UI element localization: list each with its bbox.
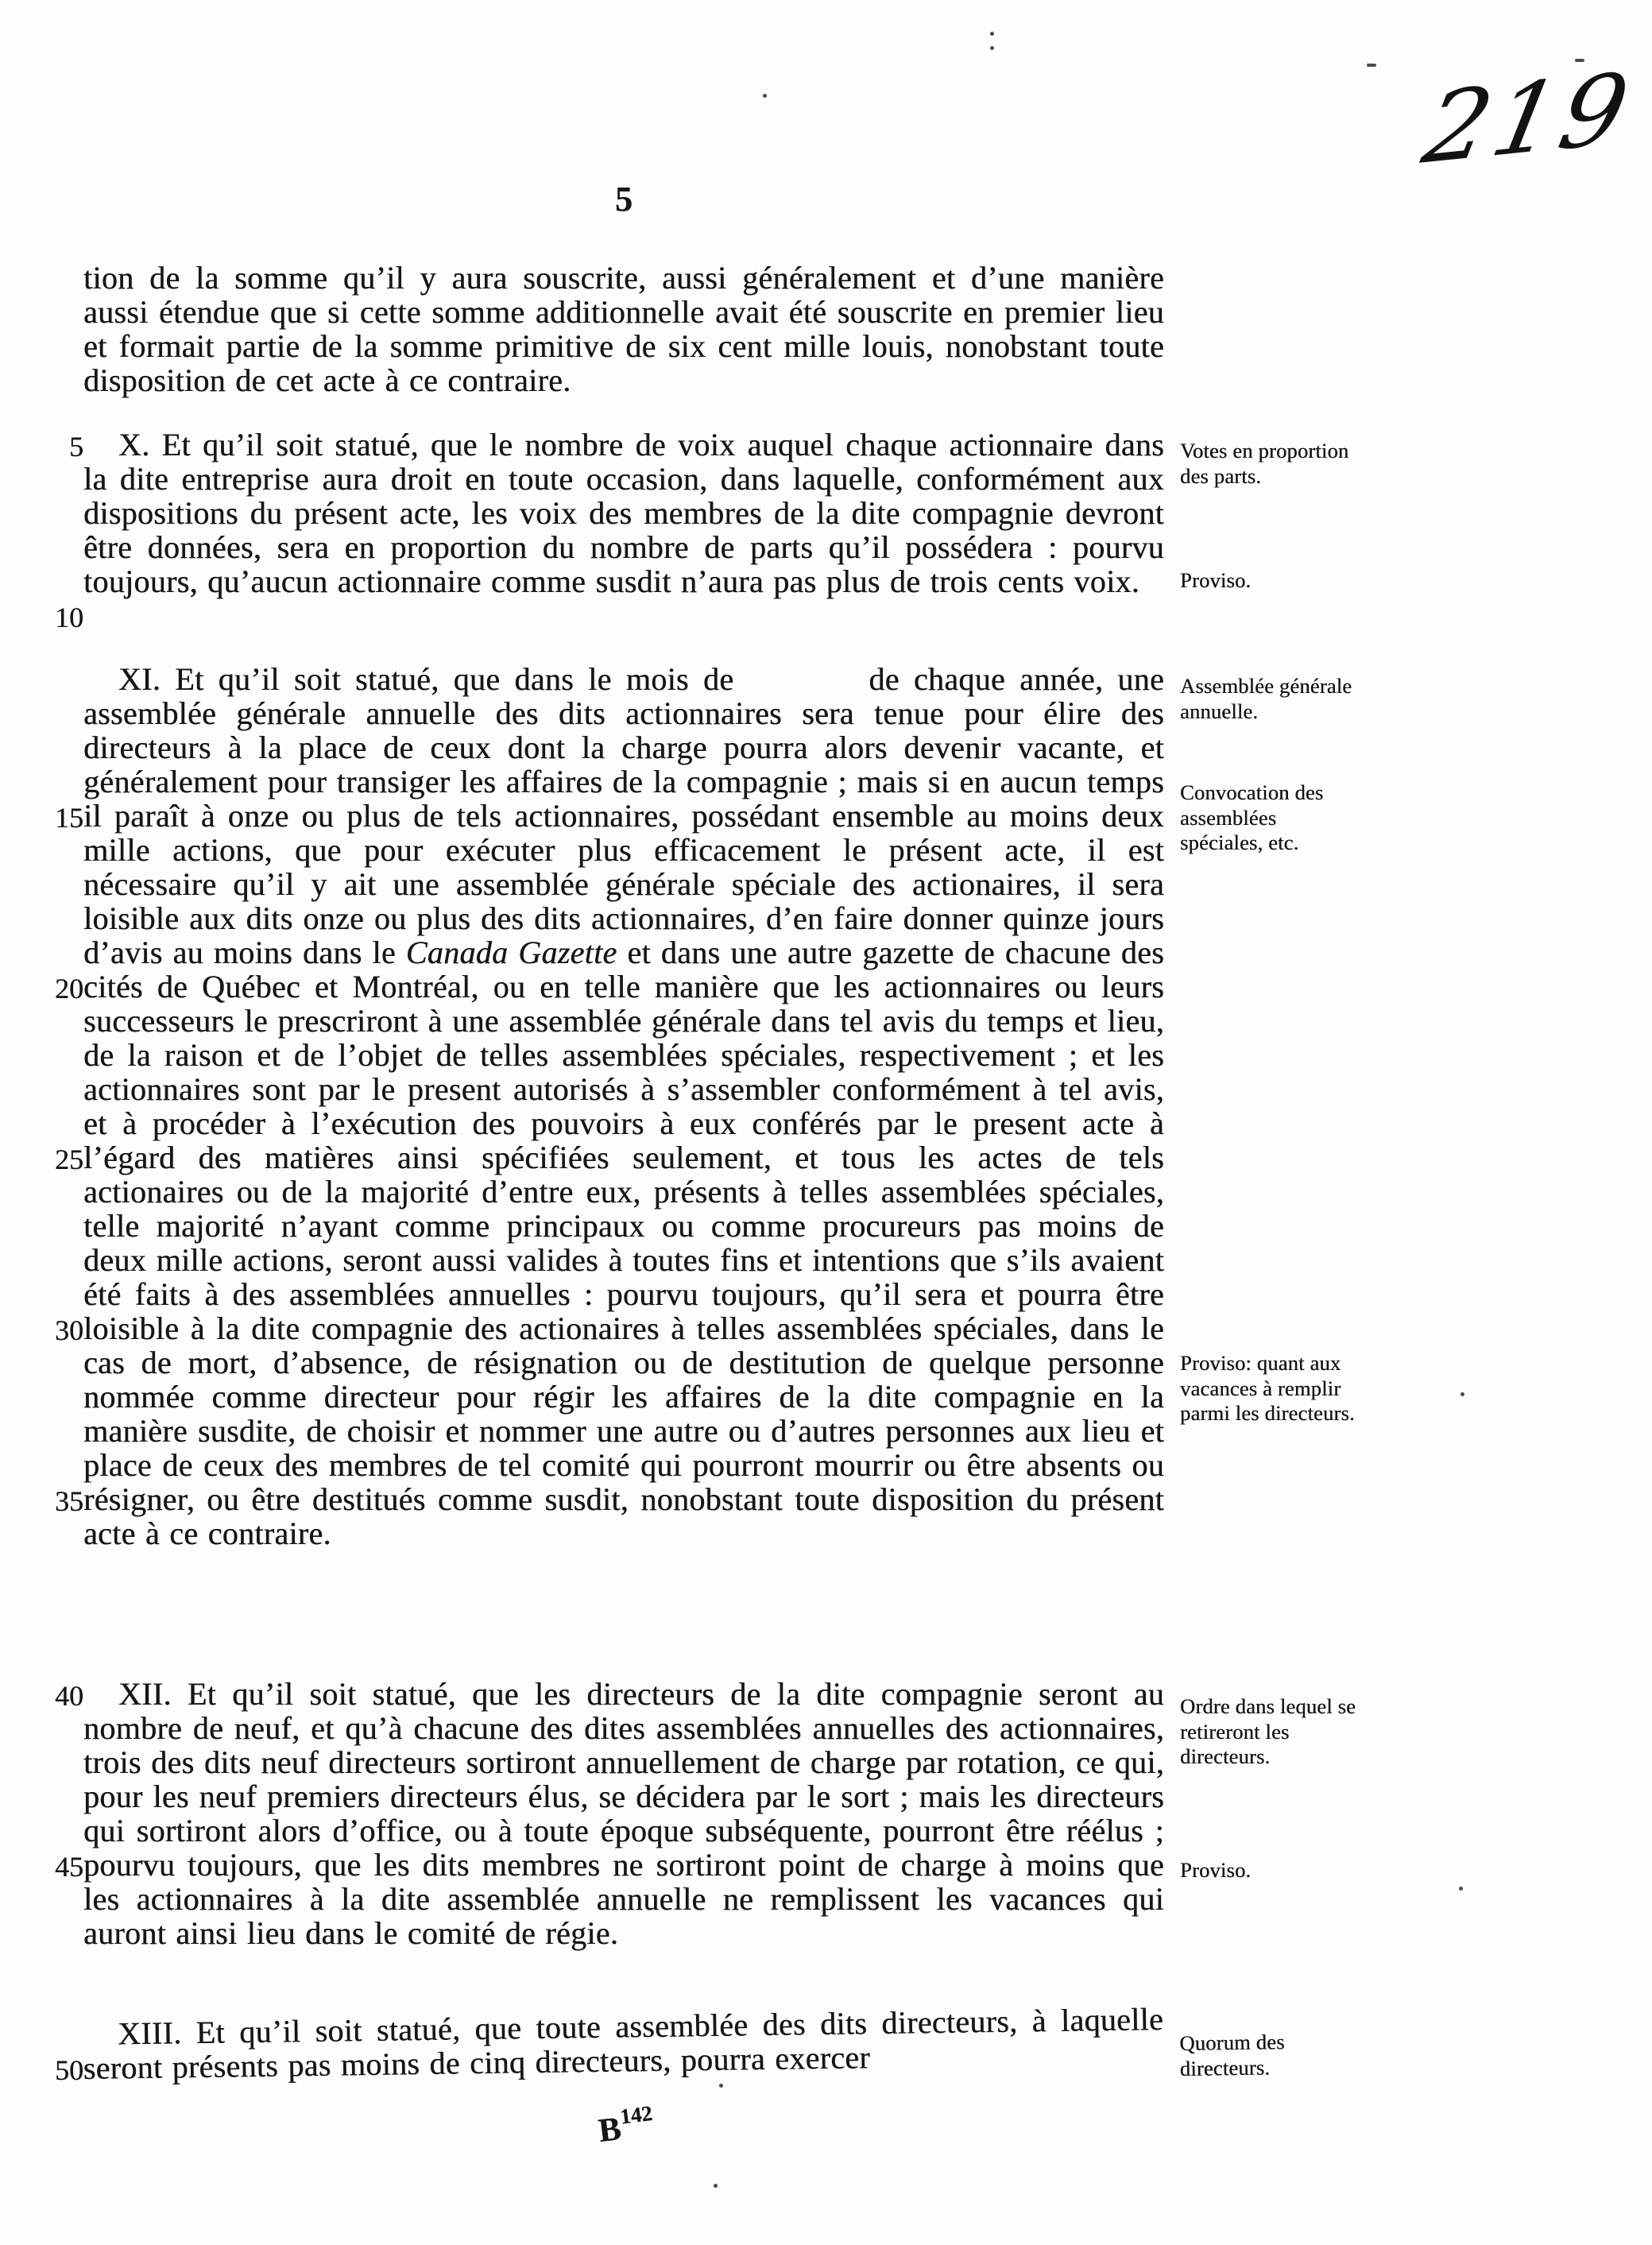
line-number: 5 bbox=[24, 431, 83, 463]
section-xii-paragraph: XII. Et qu’il soit statué, que les direc… bbox=[83, 1677, 1164, 1950]
section-xi-text-start: XI. Et qu’il soit statué, que dans le mo… bbox=[118, 661, 733, 697]
handwritten-folio-number: 219 bbox=[1414, 52, 1640, 186]
line-number: 50 bbox=[24, 2054, 83, 2086]
signature-mark: B142 bbox=[596, 2104, 655, 2150]
paragraph-continuation: tion de la somme qu’il y aura souscrite,… bbox=[83, 261, 1164, 397]
section-xi-text-end: et dans une autre gazette de chacune des… bbox=[83, 935, 1164, 1551]
section-xiii-paragraph: XIII. Et qu’il soit statué, que toute as… bbox=[83, 2002, 1164, 2085]
section-xi-text-middle: de chaque année, une assemblée générale … bbox=[83, 661, 1164, 970]
line-number: 30 bbox=[24, 1314, 83, 1346]
line-number: 15 bbox=[24, 802, 83, 834]
scan-speck bbox=[1460, 1392, 1464, 1396]
section-xi-paragraph: XI. Et qu’il soit statué, que dans le mo… bbox=[83, 662, 1164, 1550]
margin-note-proviso-vacances: Proviso: quant aux vacances à remplir pa… bbox=[1180, 1351, 1356, 1426]
margin-note-ordre: Ordre dans lequel se retireront les dire… bbox=[1180, 1694, 1356, 1770]
scan-speck bbox=[990, 46, 994, 50]
scan-speck bbox=[763, 94, 767, 98]
line-number: 25 bbox=[24, 1144, 83, 1175]
margin-note-votes: Votes en proportion des parts. bbox=[1180, 439, 1356, 489]
signature-superscript: 142 bbox=[619, 2101, 654, 2129]
page-number: 5 bbox=[83, 179, 1164, 219]
signature-letter: B bbox=[597, 2111, 623, 2150]
section-x-paragraph: X. Et qu’il soit statué, que le nombre d… bbox=[83, 428, 1164, 598]
line-number: 35 bbox=[24, 1485, 83, 1517]
scan-speck bbox=[714, 2184, 718, 2188]
margin-note-proviso-1: Proviso. bbox=[1180, 568, 1356, 594]
gazette-title: Canada Gazette bbox=[406, 935, 617, 970]
scan-speck bbox=[1575, 59, 1584, 62]
scan-speck bbox=[1367, 64, 1376, 67]
line-number: 10 bbox=[24, 602, 83, 633]
scan-speck bbox=[990, 32, 994, 36]
margin-note-quorum: Quorum des directeurs. bbox=[1179, 2029, 1356, 2081]
margin-note-assemblee: Assemblée générale annuelle. bbox=[1180, 674, 1356, 724]
line-number: 40 bbox=[24, 1680, 83, 1712]
line-number: 20 bbox=[24, 973, 83, 1004]
scan-speck bbox=[719, 2084, 723, 2088]
margin-note-proviso-2: Proviso. bbox=[1180, 1858, 1356, 1883]
scan-speck bbox=[1459, 1887, 1463, 1891]
margin-note-convocation: Convocation des assemblées spéciales, et… bbox=[1180, 780, 1356, 856]
line-number: 45 bbox=[24, 1851, 83, 1883]
document-page: 219 5 5 10 15 20 25 30 35 40 45 50 tion … bbox=[0, 0, 1652, 2245]
